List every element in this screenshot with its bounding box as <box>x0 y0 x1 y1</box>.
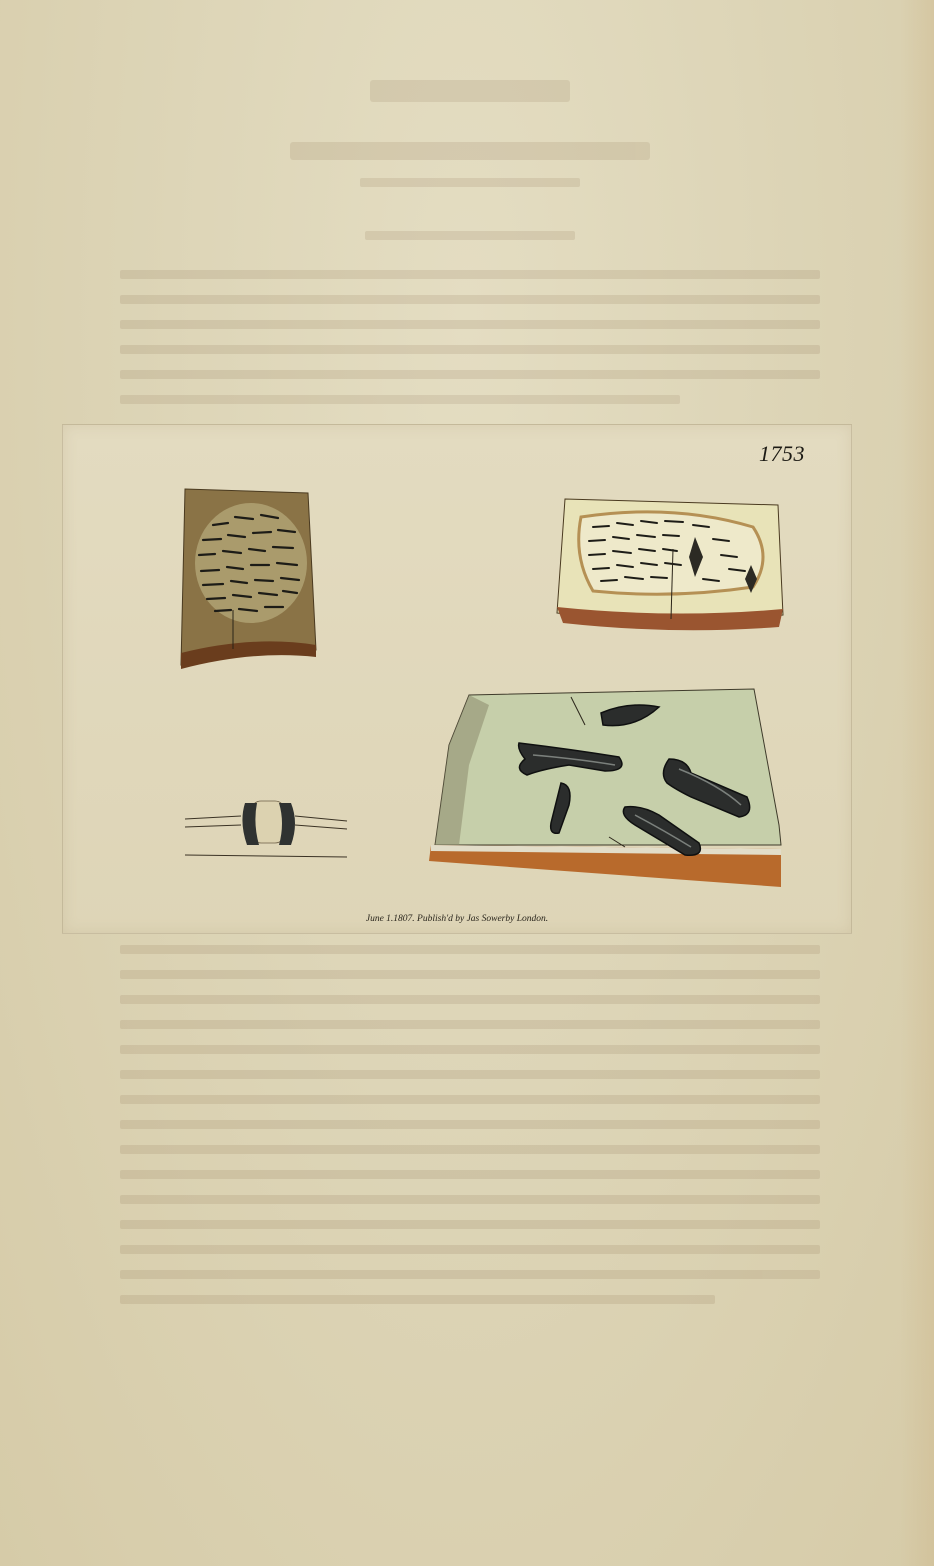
publisher-imprint: June 1.1807. Publish'd by Jas Sowerby Lo… <box>63 914 851 924</box>
show-through-text-top <box>120 80 820 420</box>
magnified-slab-illustration <box>429 685 819 890</box>
bark-fragment-brown-illustration <box>173 485 323 670</box>
engraved-plate: 1753 <box>62 424 852 934</box>
show-through-text-bottom <box>120 945 820 1320</box>
plate-number: 1753 <box>759 441 805 467</box>
page-edge-shading <box>900 0 934 1566</box>
book-page: 1753 <box>0 0 934 1566</box>
bark-fragment-pale-illustration <box>553 487 793 637</box>
twig-section-illustration <box>181 789 353 865</box>
